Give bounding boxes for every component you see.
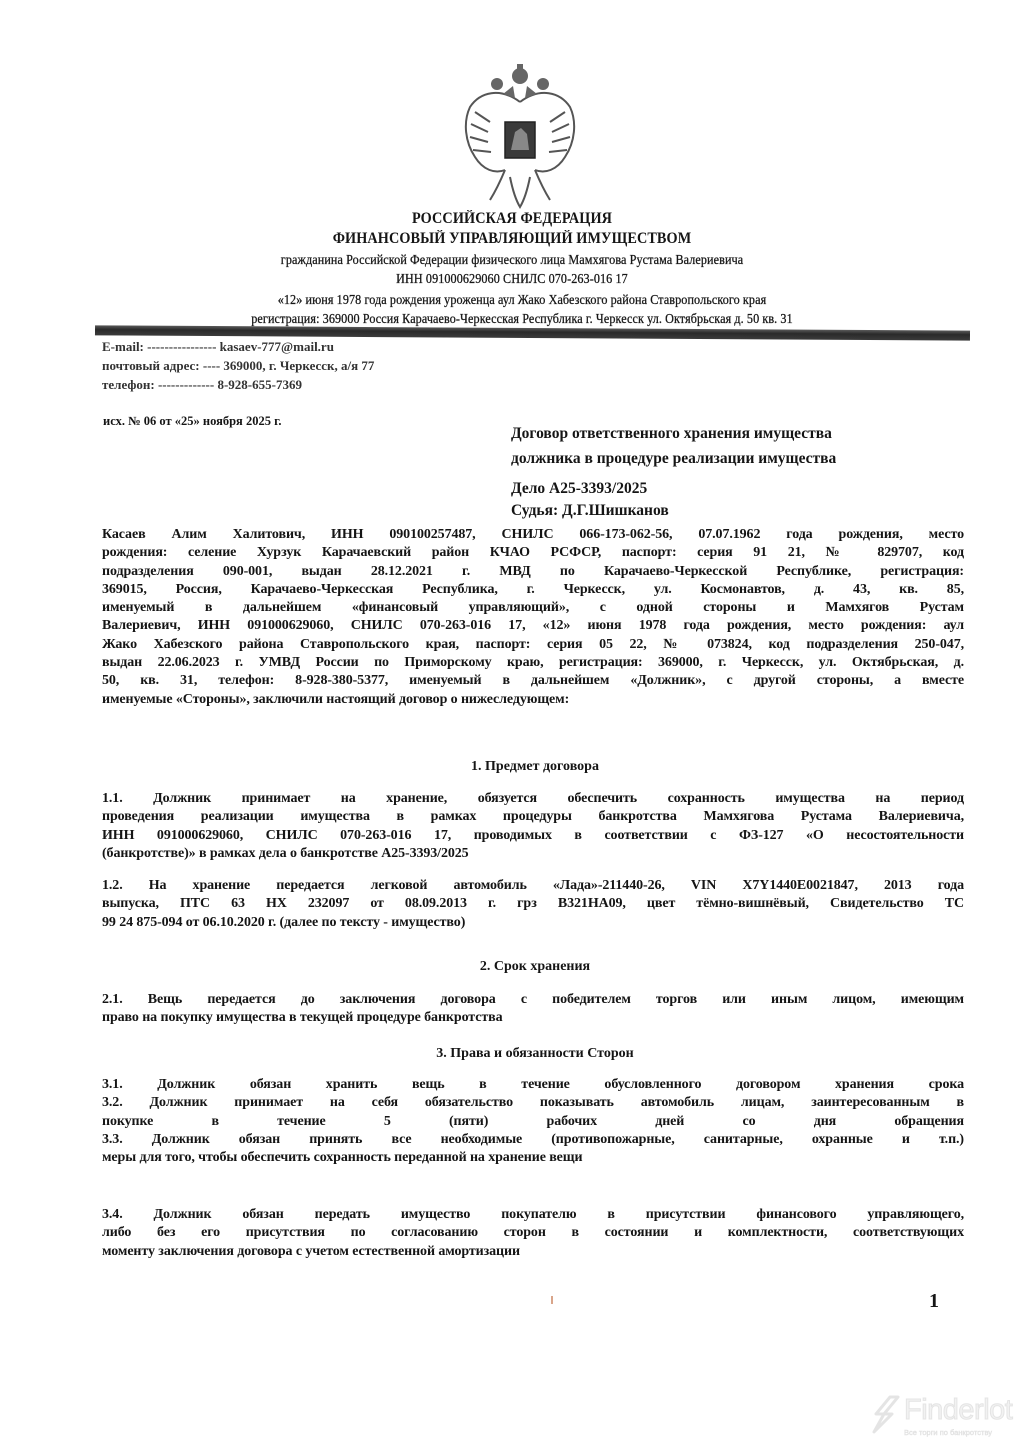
paragraph-line: Касаев Алим Халитович, ИНН 090100257487,… [102, 526, 964, 544]
contact-email: E-mail: ---------------- kasaev-777@mail… [102, 339, 334, 355]
watermark: Finderlot Все торги по банкротству [870, 1392, 1020, 1442]
page-number: 1 [929, 1290, 939, 1313]
section-title: 3. Права и обязанности Сторон [0, 1046, 1024, 1062]
paragraph-line: 2.1. Вещь передается до заключения догов… [102, 991, 964, 1009]
clauses-3-1-to-3-3: 3.1. Должник обязан хранить вещь в течен… [102, 1076, 964, 1167]
outgoing-reference: исх. № 06 от «25» ноября 2025 г. [103, 414, 281, 429]
russian-coat-of-arms-icon [455, 62, 585, 212]
clause-1-2: 1.2. На хранение передается легковой авт… [102, 877, 964, 932]
paragraph-line: 3.2. Должник принимает на себя обязатель… [102, 1094, 964, 1112]
watermark-name: Finderlot [904, 1394, 1012, 1427]
section-title: 2. Срок хранения [0, 959, 1024, 975]
contact-postal-address: почтовый адрес: ---- 369000, г. Черкесск… [102, 358, 374, 374]
letterhead-debtor-registration: регистрация: 369000 Россия Карачаево-Чер… [61, 311, 983, 327]
contact-phone: телефон: ------------- 8-928-655-7369 [102, 377, 302, 393]
paragraph-line: либо без его присутствия по согласованию… [102, 1224, 964, 1242]
letterhead-role: ФИНАНСОВЫЙ УПРАВЛЯЮЩИЙ ИМУЩЕСТВОМ [41, 230, 983, 248]
letterhead-debtor-name: гражданина Российской Федерации физическ… [51, 252, 973, 268]
paragraph-line: 3.3. Должник обязан принять все необходи… [102, 1131, 964, 1149]
watermark-tagline: Все торги по банкротству [904, 1428, 992, 1437]
paragraph-line: ИНН 091000629060, СНИЛС 070-263-016 17, … [102, 827, 964, 845]
paragraph-line: рождения: селение Хурзук Карачаевский ра… [102, 544, 964, 562]
case-number: Дело А25-3393/2025 [511, 478, 669, 500]
paragraph-line: моменту заключения договора с учетом ест… [102, 1243, 964, 1261]
clause-3-4: 3.4. Должник обязан передать имущество п… [102, 1206, 964, 1261]
paragraph-line: право на покупку имущества в текущей про… [102, 1009, 964, 1027]
paragraph-line: 50, кв. 31, телефон: 8-928-380-5377, име… [102, 672, 964, 690]
paragraph-line: 369015, Россия, Карачаево-Черкесская Рес… [102, 581, 964, 599]
paragraph-line: проведения реализации имущества в рамках… [102, 808, 964, 826]
intro-paragraph: Касаев Алим Халитович, ИНН 090100257487,… [102, 526, 964, 709]
paragraph-line: Валериевич, ИНН 091000629060, СНИЛС 070-… [102, 617, 964, 635]
paragraph-line: 3.4. Должник обязан передать имущество п… [102, 1206, 964, 1224]
paragraph-line: покупке в течение 5 (пяти) рабочих дней … [102, 1113, 964, 1131]
paragraph-line: Жако Хабезского района Ставропольского к… [102, 636, 964, 654]
letterhead-debtor-ids: ИНН 091000629060 СНИЛС 070-263-016 17 [51, 271, 973, 287]
paragraph-line: выпуска, ПТС 63 НХ 232097 от 08.09.2013 … [102, 895, 964, 913]
paragraph-line: 99 24 875-094 от 06.10.2020 г. (далее по… [102, 914, 964, 932]
clause-1-1: 1.1. Должник принимает на хранение, обяз… [102, 790, 964, 863]
paragraph-line: 3.1. Должник обязан хранить вещь в течен… [102, 1076, 964, 1094]
letterhead-country: РОССИЙСКАЯ ФЕДЕРАЦИЯ [41, 210, 983, 228]
document-title-line: должника в процедуре реализации имуществ… [511, 446, 836, 471]
case-info: Дело А25-3393/2025 Судья: Д.Г.Шишканов [511, 478, 669, 522]
section-title: 1. Предмет договора [0, 759, 1024, 775]
paragraph-line: выдан 22.06.2023 г. УМВД России по Примо… [102, 654, 964, 672]
paragraph-line: (банкротстве)» в рамках дела о банкротст… [102, 845, 964, 863]
paragraph-line: именуемый в дальнейшем «финансовый управ… [102, 599, 964, 617]
clause-2-1: 2.1. Вещь передается до заключения догов… [102, 991, 964, 1028]
scan-artifact [551, 1296, 553, 1304]
paragraph-line: именуемые «Стороны», заключили настоящий… [102, 691, 964, 709]
judge-name: Судья: Д.Г.Шишканов [511, 500, 669, 522]
paragraph-line: подразделения 090-001, выдан 28.12.2021 … [102, 563, 964, 581]
paragraph-line: меры для того, чтобы обеспечить сохранно… [102, 1149, 964, 1167]
document-title: Договор ответственного хранения имуществ… [511, 421, 836, 471]
finderlot-logo-icon [870, 1394, 906, 1436]
document-title-line: Договор ответственного хранения имуществ… [511, 421, 836, 446]
letterhead-debtor-birth: «12» июня 1978 года рождения уроженца ау… [61, 292, 983, 308]
paragraph-line: 1.2. На хранение передается легковой авт… [102, 877, 964, 895]
paragraph-line: 1.1. Должник принимает на хранение, обяз… [102, 790, 964, 808]
